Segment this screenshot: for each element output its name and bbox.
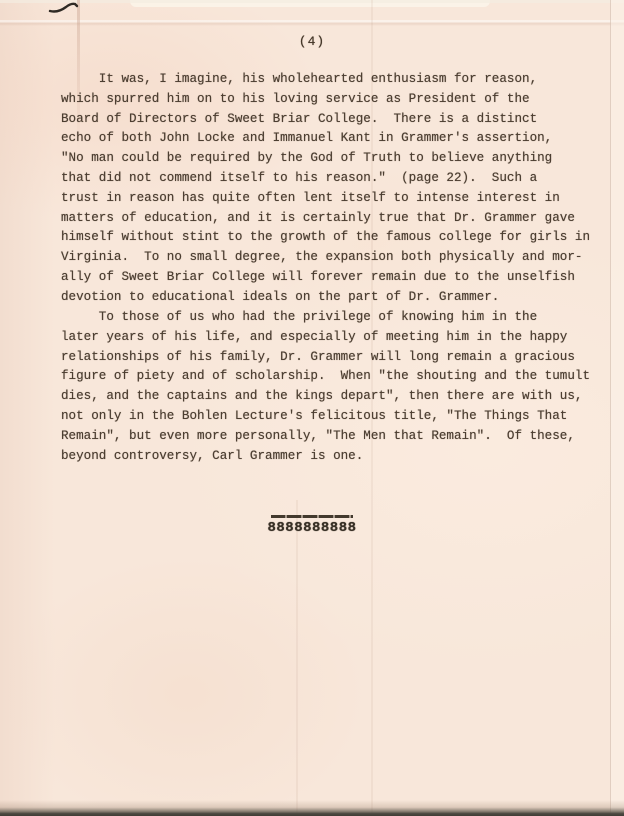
page-number: (4) (0, 34, 624, 49)
paragraph-1: It was, I imagine, his wholehearted enth… (61, 70, 590, 308)
vertical-crease-lower (296, 500, 298, 816)
typed-ornament-divider: 8888888888 (0, 515, 624, 536)
horizontal-fold-crease (0, 20, 624, 26)
ornament-glyph-row: 8888888888 (0, 520, 624, 536)
paper-sheet: (4) It was, I imagine, his wholehearted … (0, 0, 624, 816)
scan-edge-bottom (0, 800, 624, 816)
paragraph-2: To those of us who had the privilege of … (61, 308, 590, 466)
paper-top-edge-highlight (0, 0, 624, 3)
ornament-rule-line (271, 515, 353, 518)
scan-edge-right (610, 0, 624, 816)
scanned-document: (4) It was, I imagine, his wholehearted … (0, 0, 624, 816)
pen-mark-icon (44, 0, 84, 21)
